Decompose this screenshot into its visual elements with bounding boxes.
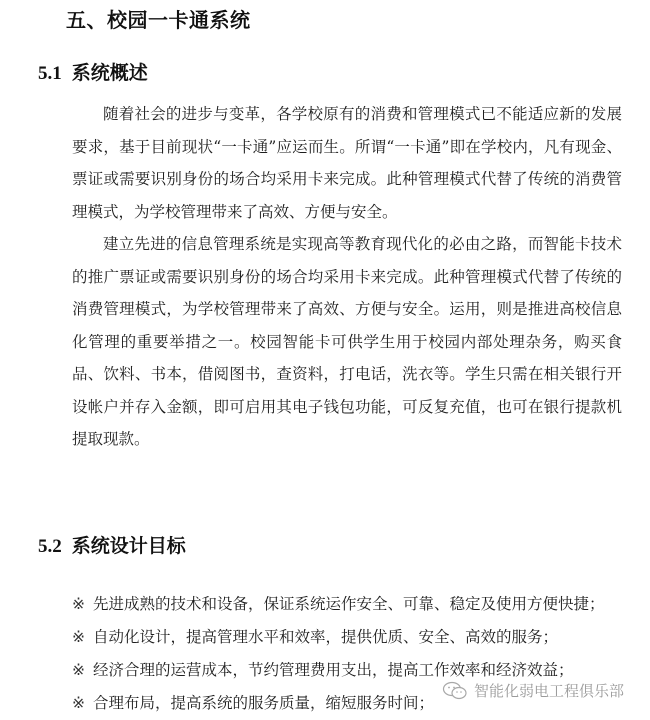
reference-mark-icon: ※ (72, 694, 85, 712)
reference-mark-icon: ※ (72, 595, 85, 613)
paragraph-overview-1: 随着社会的进步与变革，各学校原有的消费和管理模式已不能适应新的发展要求，基于目前… (72, 98, 622, 228)
reference-mark-icon: ※ (72, 661, 85, 679)
list-item: ※先进成熟的技术和设备，保证系统运作安全、可靠、稳定及使用方便快捷； (72, 588, 632, 621)
goal-text: 合理布局，提高系统的服务质量，缩短服务时间； (93, 694, 434, 712)
list-item: ※自动化设计，提高管理水平和效率，提供优质、安全、高效的服务； (72, 621, 632, 654)
goal-text: 自动化设计，提高管理水平和效率，提供优质、安全、高效的服务； (93, 628, 558, 646)
goal-text: 经济合理的运营成本，节约管理费用支出，提高工作效率和经济效益； (93, 661, 574, 679)
section-title: 系统设计目标 (72, 535, 186, 557)
watermark: 智能化弱电工程俱乐部 (442, 680, 624, 701)
paragraph-overview-2: 建立先进的信息管理系统是实现高等教育现代化的必由之路，而智能卡技术的推广票证或需… (72, 228, 622, 456)
section-heading-5-1: 5.1系统概述 (38, 58, 148, 85)
goal-text: 先进成熟的技术和设备，保证系统运作安全、可靠、稳定及使用方便快捷； (93, 595, 605, 613)
chapter-title: 五、校园一卡通系统 (66, 4, 251, 33)
section-title: 系统概述 (72, 62, 148, 84)
section-number: 5.2 (38, 536, 62, 557)
section-heading-5-2: 5.2系统设计目标 (38, 531, 186, 558)
watermark-text: 智能化弱电工程俱乐部 (474, 680, 624, 701)
wechat-icon (442, 681, 468, 701)
section-number: 5.1 (38, 63, 62, 84)
reference-mark-icon: ※ (72, 628, 85, 646)
